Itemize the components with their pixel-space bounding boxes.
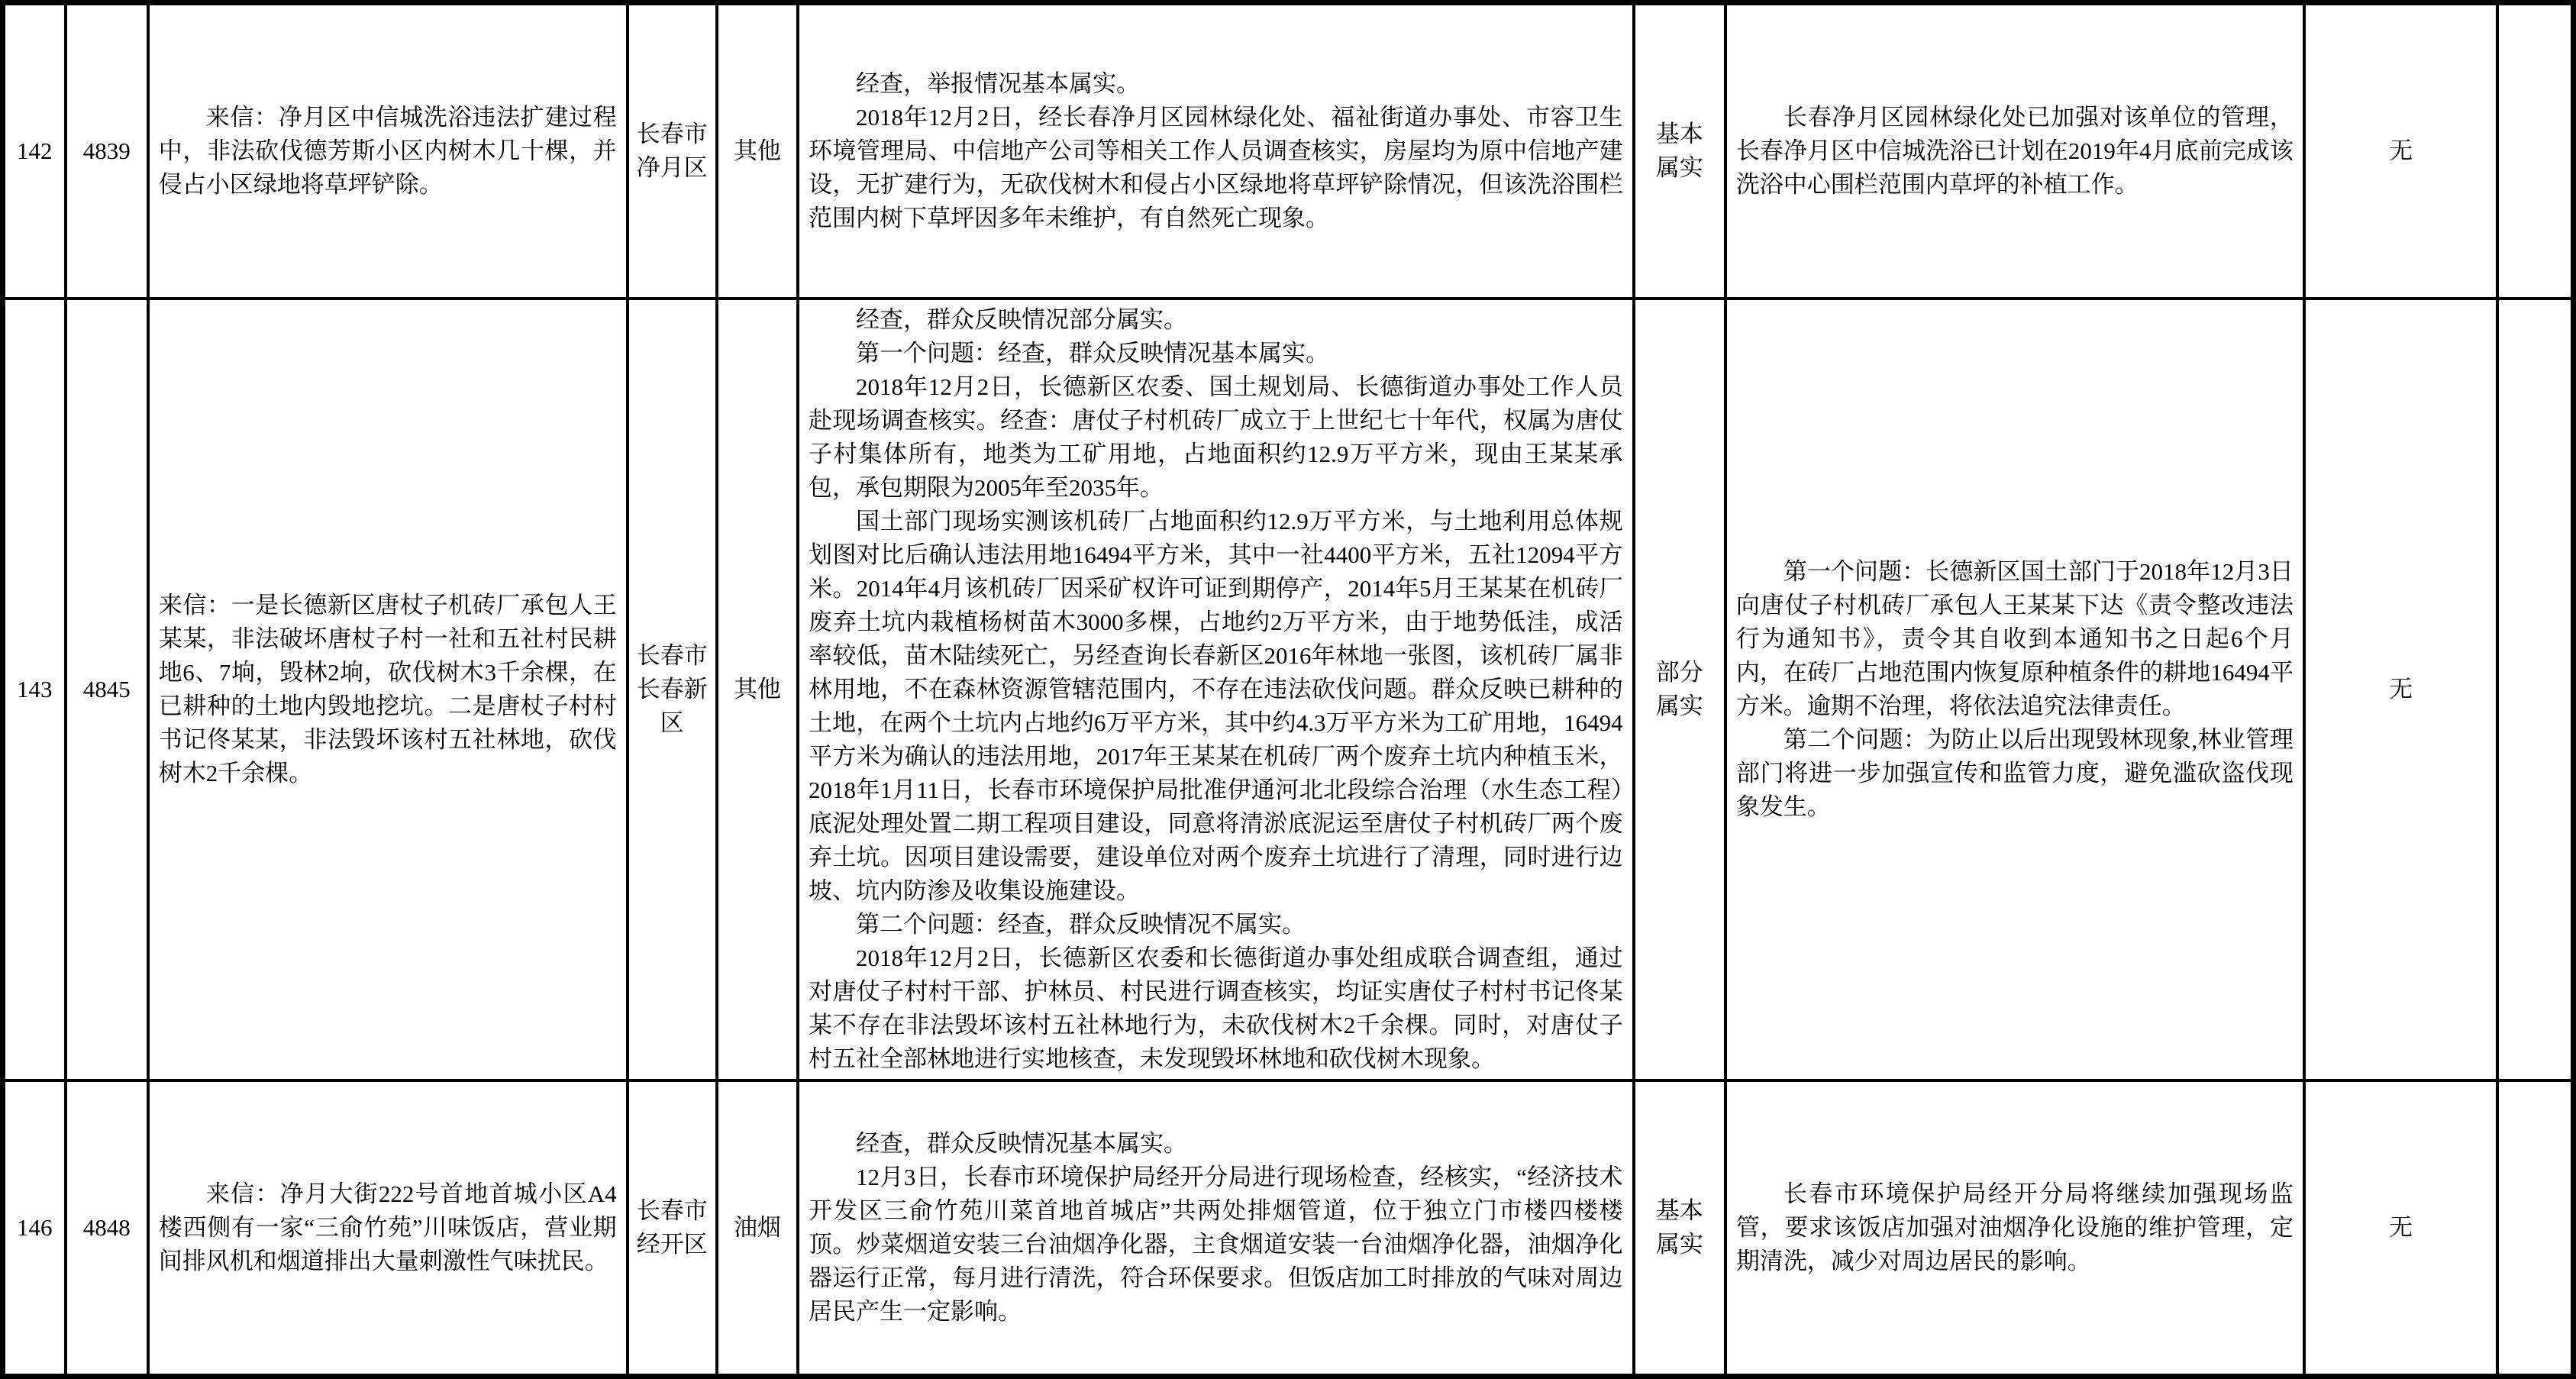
cell-complaint: 来信：一是长德新区唐杖子机砖厂承包人王某某，非法破坏唐杖子村一社和五社村民耕地6… <box>148 299 628 1080</box>
handling-paragraph: 第二个问题：为防止以后出现毁林现象,林业管理部门将进一步加强宣传和监管力度，避免… <box>1736 723 2294 824</box>
findings-paragraph: 经查，群众反映情况基本属实。 <box>809 1127 1623 1161</box>
findings-paragraph: 12月3日，长春市环境保护局经开分局进行现场检查，经核实，“经济技术开发区三俞竹… <box>809 1161 1623 1329</box>
cell-case-number: 4839 <box>66 3 148 299</box>
cell-sequence-number: 142 <box>3 3 66 299</box>
cell-region: 长春市长春新区 <box>628 299 717 1080</box>
table-row: 142 4839 来信：净月区中信城洗浴违法扩建过程中，非法砍伐德芳斯小区内树木… <box>3 3 2574 299</box>
complaint-text: 来信：净月大街222号首地首城小区A4楼西侧有一家“三俞竹苑”川味饭店，营业期间… <box>159 1177 617 1278</box>
findings-paragraph: 2018年12月2日，长德新区农委、国土规划局、长德街道办事处工作人员赴现场调查… <box>809 370 1623 505</box>
findings-paragraph: 经查，群众反映情况部分属实。 <box>809 303 1623 337</box>
cell-verification-result: 基本属实 <box>1634 3 1725 299</box>
cell-complaint: 来信：净月大街222号首地首城小区A4楼西侧有一家“三俞竹苑”川味饭店，营业期间… <box>148 1080 628 1377</box>
table-row: 143 4845 来信：一是长德新区唐杖子机砖厂承包人王某某，非法破坏唐杖子村一… <box>3 299 2574 1080</box>
complaint-text: 来信：净月区中信城洗浴违法扩建过程中，非法砍伐德芳斯小区内树木几十棵，并侵占小区… <box>159 101 617 202</box>
cell-category: 其他 <box>717 299 798 1080</box>
complaint-handling-table: 142 4839 来信：净月区中信城洗浴违法扩建过程中，非法砍伐德芳斯小区内树木… <box>0 0 2576 1379</box>
complaint-text: 来信：一是长德新区唐杖子机砖厂承包人王某某，非法破坏唐杖子村一社和五社村民耕地6… <box>159 589 617 790</box>
findings-paragraph: 经查，举报情况基本属实。 <box>809 67 1623 101</box>
findings-paragraph: 2018年12月2日，经长春净月区园林绿化处、福祉街道办事处、市容卫生环境管理局… <box>809 101 1623 235</box>
cell-region: 长春市经开区 <box>628 1080 717 1377</box>
findings-paragraph: 第一个问题：经查，群众反映情况基本属实。 <box>809 337 1623 370</box>
cell-accountability: 无 <box>2304 3 2497 299</box>
findings-paragraph: 2018年12月2日，长德新区农委和长德街道办事处组成联合调查组，通过对唐仗子村… <box>809 941 1623 1076</box>
cell-verification-result: 部分属实 <box>1634 299 1725 1080</box>
cell-handling-measures: 长春净月区园林绿化处已加强对该单位的管理，长春净月区中信城洗浴已计划在2019年… <box>1725 3 2304 299</box>
cell-sequence-number: 146 <box>3 1080 66 1377</box>
cell-category: 油烟 <box>717 1080 798 1377</box>
cell-accountability: 无 <box>2304 299 2497 1080</box>
findings-paragraph: 国土部门现场实测该机砖厂占地面积约12.9万平方米，与土地利用总体规划图对比后确… <box>809 505 1623 908</box>
cell-handling-measures: 第一个问题：长德新区国土部门于2018年12月3日向唐仗子村机砖厂承包人王某某下… <box>1725 299 2304 1080</box>
findings-paragraph: 第二个问题：经查，群众反映情况不属实。 <box>809 908 1623 941</box>
cell-verification-result: 基本属实 <box>1634 1080 1725 1377</box>
cell-category: 其他 <box>717 3 798 299</box>
cell-accountability: 无 <box>2304 1080 2497 1377</box>
cell-investigation-findings: 经查，举报情况基本属实。 2018年12月2日，经长春净月区园林绿化处、福祉街道… <box>798 3 1634 299</box>
cell-blank <box>2497 1080 2573 1377</box>
handling-paragraph: 第一个问题：长德新区国土部门于2018年12月3日向唐仗子村机砖厂承包人王某某下… <box>1736 555 2294 723</box>
cell-complaint: 来信：净月区中信城洗浴违法扩建过程中，非法砍伐德芳斯小区内树木几十棵，并侵占小区… <box>148 3 628 299</box>
cell-case-number: 4845 <box>66 299 148 1080</box>
handling-paragraph: 长春市环境保护局经开分局将继续加强现场监管，要求该饭店加强对油烟净化设施的维护管… <box>1736 1177 2294 1278</box>
cell-case-number: 4848 <box>66 1080 148 1377</box>
cell-blank <box>2497 299 2573 1080</box>
table-row: 146 4848 来信：净月大街222号首地首城小区A4楼西侧有一家“三俞竹苑”… <box>3 1080 2574 1377</box>
cell-sequence-number: 143 <box>3 299 66 1080</box>
cell-investigation-findings: 经查，群众反映情况基本属实。 12月3日，长春市环境保护局经开分局进行现场检查，… <box>798 1080 1634 1377</box>
cell-blank <box>2497 3 2573 299</box>
cell-region: 长春市净月区 <box>628 3 717 299</box>
cell-handling-measures: 长春市环境保护局经开分局将继续加强现场监管，要求该饭店加强对油烟净化设施的维护管… <box>1725 1080 2304 1377</box>
cell-investigation-findings: 经查，群众反映情况部分属实。 第一个问题：经查，群众反映情况基本属实。 2018… <box>798 299 1634 1080</box>
handling-paragraph: 长春净月区园林绿化处已加强对该单位的管理，长春净月区中信城洗浴已计划在2019年… <box>1736 101 2294 202</box>
